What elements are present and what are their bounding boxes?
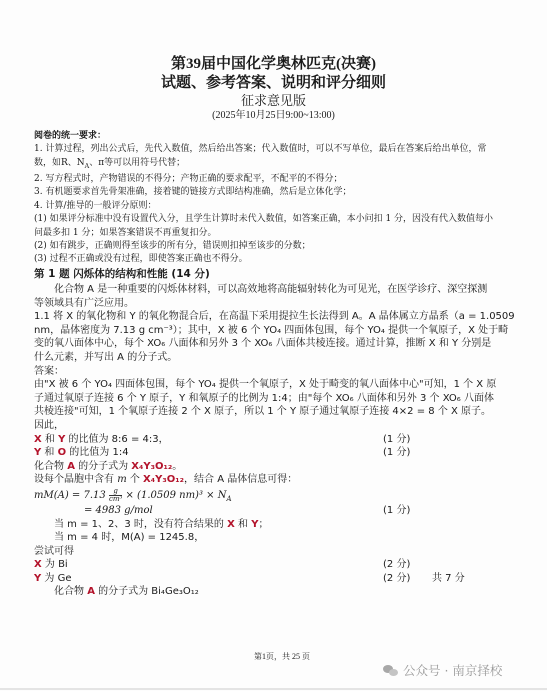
answer-text: 子通过氧原子连接 6 个 Y 原子，Y 和氧原子的比例为 1:4；由"每个 XO… bbox=[34, 392, 514, 406]
question-body: 化合物 A 是一种重要的闪烁体材料，可以高效地将高能辐射转化为可见光，在医学诊疗… bbox=[34, 283, 514, 599]
assume-line: 设每个晶胞中含有 m 个 X₄Y₃O₁₂，结合 A 晶体信息可得： bbox=[34, 473, 514, 487]
equation-2: = 4983 g/mol (1 分) bbox=[34, 504, 514, 518]
watermark: 公众号 · 南京择校 bbox=[383, 661, 502, 679]
final-formula-line: 化合物 A 的分子式为 Bi₄Ge₃O₁₂ bbox=[34, 585, 514, 599]
score: (2 分) bbox=[383, 558, 410, 572]
try-line: 尝试可得 bbox=[34, 545, 514, 559]
rule-2: 2. 写方程式时，产物错误的不得分；产物正确的要求配平，不配平的不得分； bbox=[34, 173, 514, 186]
m4-line: 当 m = 4 时，M(A) = 1245.8， bbox=[34, 531, 514, 545]
intro-line: 等领域具有广泛应用。 bbox=[34, 297, 514, 311]
rule-4-1-cont: 问最多扣 1 分；如果答案错误不再重复扣分。 bbox=[34, 227, 514, 240]
wechat-icon bbox=[383, 664, 399, 677]
ratio-yo-line: Y 和 O 的比值为 1:4 (1 分) bbox=[34, 446, 514, 460]
doc-subtitle: 试题、参考答案、说明和评分细则 bbox=[0, 71, 547, 92]
rules-heading: 阅卷的统一要求： bbox=[34, 130, 514, 143]
rule-3: 3. 有机题要求首先骨架准确，接着键的链接方式即结构准确，然后是立体化学； bbox=[34, 186, 514, 199]
question-1-1: 变的氧八面体中心，每个 XO₆ 八面体和另外 3 个 XO₆ 八面体共棱连接。通… bbox=[34, 337, 514, 351]
rule-4-1: (1) 如果评分标准中没有设置代入分，且学生计算时未代入数值，如答案正确，本小问… bbox=[34, 213, 514, 226]
y-is-line: Y 为 Ge (2 分) 共 7 分 bbox=[34, 572, 514, 586]
section-title: 第 1 题 闪烁体的结构和性能 (14 分) bbox=[34, 266, 210, 281]
intro-line: 化合物 A 是一种重要的闪烁体材料，可以高效地将高能辐射转化为可见光，在医学诊疗… bbox=[34, 283, 514, 297]
rule-4-2: (2) 如有跳步，正确则得至该步的所有分，错误则扣掉至该步的分数； bbox=[34, 240, 514, 253]
x-is-line: X 为 Bi (2 分) bbox=[34, 558, 514, 572]
ratio-xy-line: X 和 Y 的比值为 8:6 = 4:3， (1 分) bbox=[34, 433, 514, 447]
question-1-1: 1.1 将 X 的氧化物和 Y 的氧化物混合后，在高温下采用提拉生长法得到 A。… bbox=[34, 310, 514, 324]
question-1-1: 什么元素，并写出 A 的分子式。 bbox=[34, 351, 514, 365]
question-1-1: nm，晶体密度为 7.13 g cm⁻³）；其中，X 被 6 个 YO₄ 四面体… bbox=[34, 324, 514, 338]
grading-rules: 阅卷的统一要求： 1. 计算过程，列出公式后，先代入数值，然后给出答案；代入数值… bbox=[34, 130, 514, 267]
rule-1: 1. 计算过程，列出公式后，先代入数值，然后给出答案；代入数值时，可以不写单位，… bbox=[34, 143, 514, 156]
rule-1-cont: 数，如R、NA、π等可以用符号代替； bbox=[34, 157, 514, 173]
score: (2 分) bbox=[383, 572, 410, 586]
equation-1: mM(A) = 7.13 g cm³ × (1.0509 nm)³ × NA bbox=[34, 487, 514, 504]
answer-text: 共棱连接"可知，1 个氧原子连接 2 个 X 原子，所以 1 个 Y 原子通过氧… bbox=[34, 405, 514, 419]
total-score: 共 7 分 bbox=[432, 572, 465, 586]
page-number: 第1页，共 25 页 bbox=[254, 651, 310, 662]
score: (1 分) bbox=[383, 504, 410, 518]
m123-line: 当 m = 1、2、3 时，没有符合结果的 X 和 Y； bbox=[34, 518, 514, 532]
answer-text: 由"X 被 6 个 YO₄ 四面体包围，每个 YO₄ 提供一个氧原子，X 处于畸… bbox=[34, 378, 514, 392]
bottom-divider bbox=[0, 688, 547, 690]
score: (1 分) bbox=[383, 446, 410, 460]
answer-label: 答案： bbox=[34, 365, 514, 379]
rule-4-3: (3) 过程不正确或没有过程，即使答案正确也不得分。 bbox=[34, 253, 514, 266]
answer-text: 因此， bbox=[34, 419, 514, 433]
doc-title: 第39届中国化学奥林匹克(决赛) bbox=[0, 52, 547, 73]
exam-datetime: (2025年10月25日9:00~13:00) bbox=[0, 106, 547, 121]
score: (1 分) bbox=[383, 433, 410, 447]
rule-4: 4. 计算/推导的一般评分原则： bbox=[34, 200, 514, 213]
formula-line: 化合物 A 的分子式为 X₄Y₃O₁₂。 bbox=[34, 460, 514, 474]
